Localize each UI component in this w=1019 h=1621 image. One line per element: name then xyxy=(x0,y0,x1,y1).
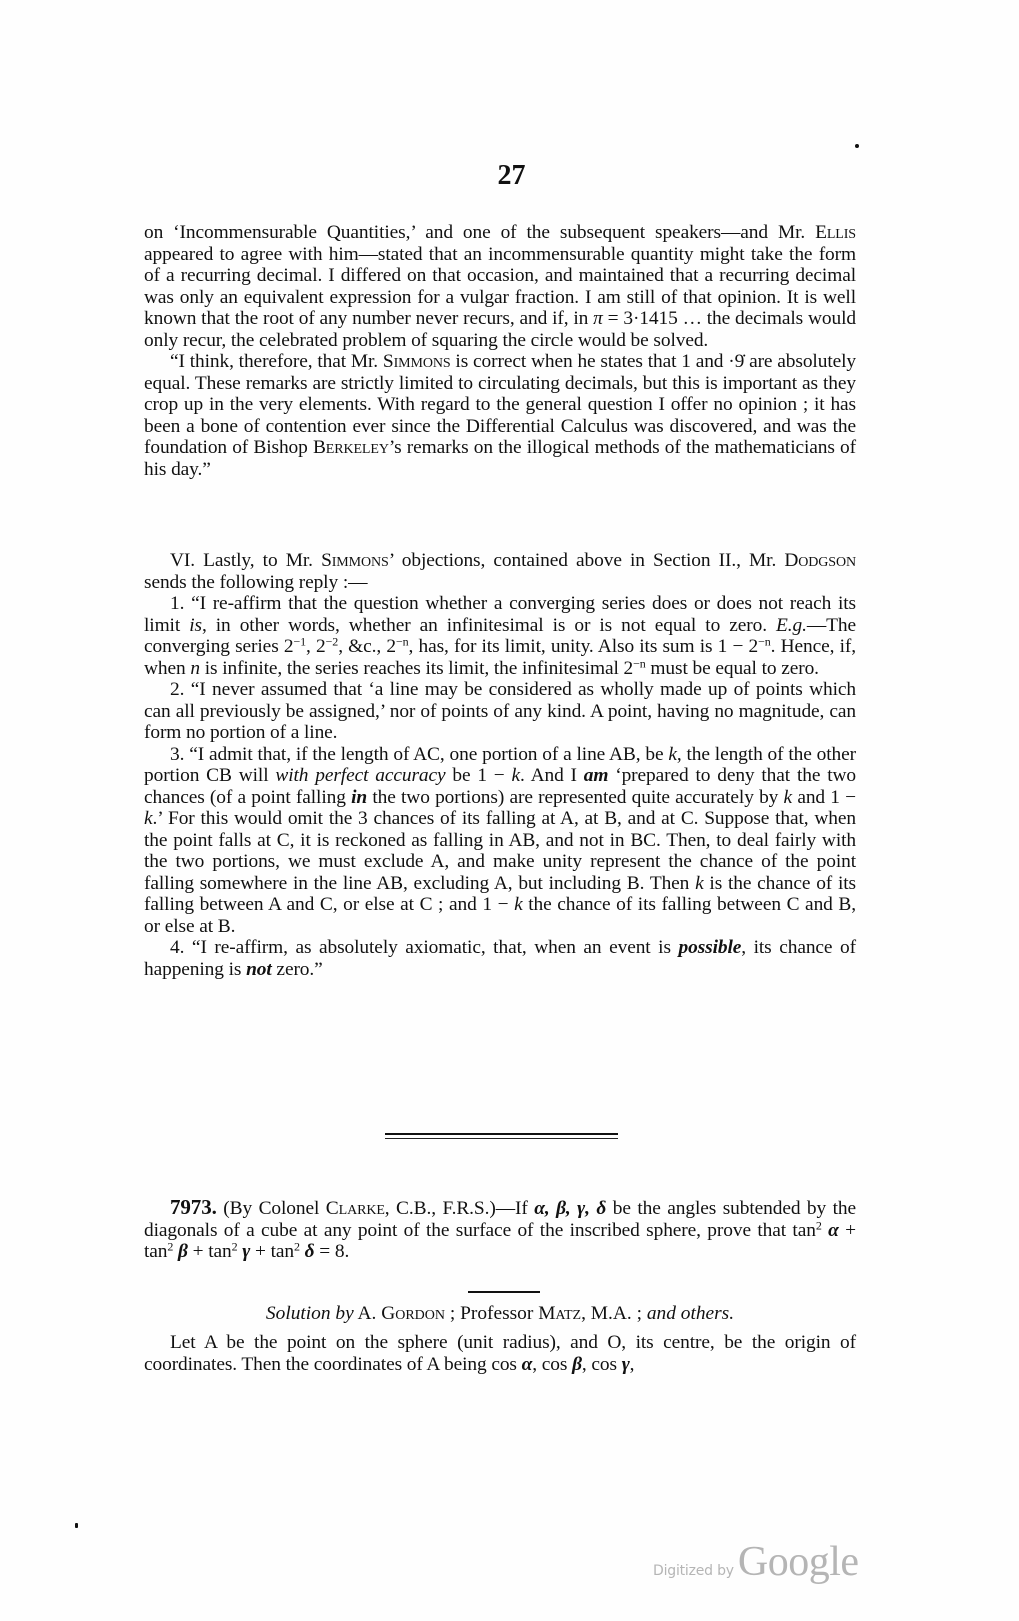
scan-speck xyxy=(855,144,859,148)
name-simmons: Simmons xyxy=(383,351,451,372)
name-matz: Matz xyxy=(538,1303,581,1324)
question-7973-text: 7973. (By Colonel Clarke, C.B., F.R.S.)—… xyxy=(144,1197,856,1263)
short-divider-rule xyxy=(468,1291,540,1293)
solution-text: Let A be the point on the sphere (unit r… xyxy=(144,1332,856,1375)
scan-speck xyxy=(75,1523,78,1528)
name-gordon: Gordon xyxy=(381,1303,445,1324)
greek-angles: α, β, γ, δ xyxy=(534,1198,606,1219)
solution-paragraph: Let A be the point on the sphere (unit r… xyxy=(144,1332,856,1375)
name-simmons: Simmons xyxy=(321,550,389,571)
reply-item-1: 1. “I re-affirm that the question whethe… xyxy=(144,593,856,679)
section-vi-text: VI. Lastly, to Mr. Simmons’ objections, … xyxy=(144,550,856,980)
reply-item-2: 2. “I never assumed that ‘a line may be … xyxy=(144,679,856,744)
name-dodgson: Dodgson xyxy=(784,550,856,571)
paragraph-incommensurable: on ‘Incommensurable Quantities,’ and one… xyxy=(144,222,856,351)
section-v-text: on ‘Incommensurable Quantities,’ and one… xyxy=(144,222,856,480)
pi-symbol: π xyxy=(593,308,603,329)
name-berkeley: Berkeley xyxy=(313,437,389,458)
section-vi-intro: VI. Lastly, to Mr. Simmons’ objections, … xyxy=(144,550,856,593)
name-clarke: Clarke xyxy=(326,1198,385,1219)
name-ellis: Ellis xyxy=(815,222,856,243)
solution-byline: Solution by A. Gordon ; Professor Matz, … xyxy=(144,1303,856,1325)
reply-item-4: 4. “I re-affirm, as absolutely axiomatic… xyxy=(144,937,856,980)
divider-line-thin xyxy=(385,1138,618,1139)
section-divider-double-rule xyxy=(385,1133,618,1140)
page-number: 27 xyxy=(0,160,1019,192)
google-logo-text: Google xyxy=(738,1539,859,1585)
watermark-digitized-by: Digitized by xyxy=(653,1563,734,1579)
question-number: 7973. xyxy=(170,1195,217,1219)
reply-item-3: 3. “I admit that, if the length of AC, o… xyxy=(144,744,856,938)
divider-line-thick xyxy=(385,1133,618,1135)
digitized-by-google-watermark: Digitized by Google xyxy=(653,1538,859,1586)
paragraph-simmons-correct: “I think, therefore, that Mr. Simmons is… xyxy=(144,351,856,480)
question-7973: 7973. (By Colonel Clarke, C.B., F.R.S.)—… xyxy=(144,1197,856,1263)
